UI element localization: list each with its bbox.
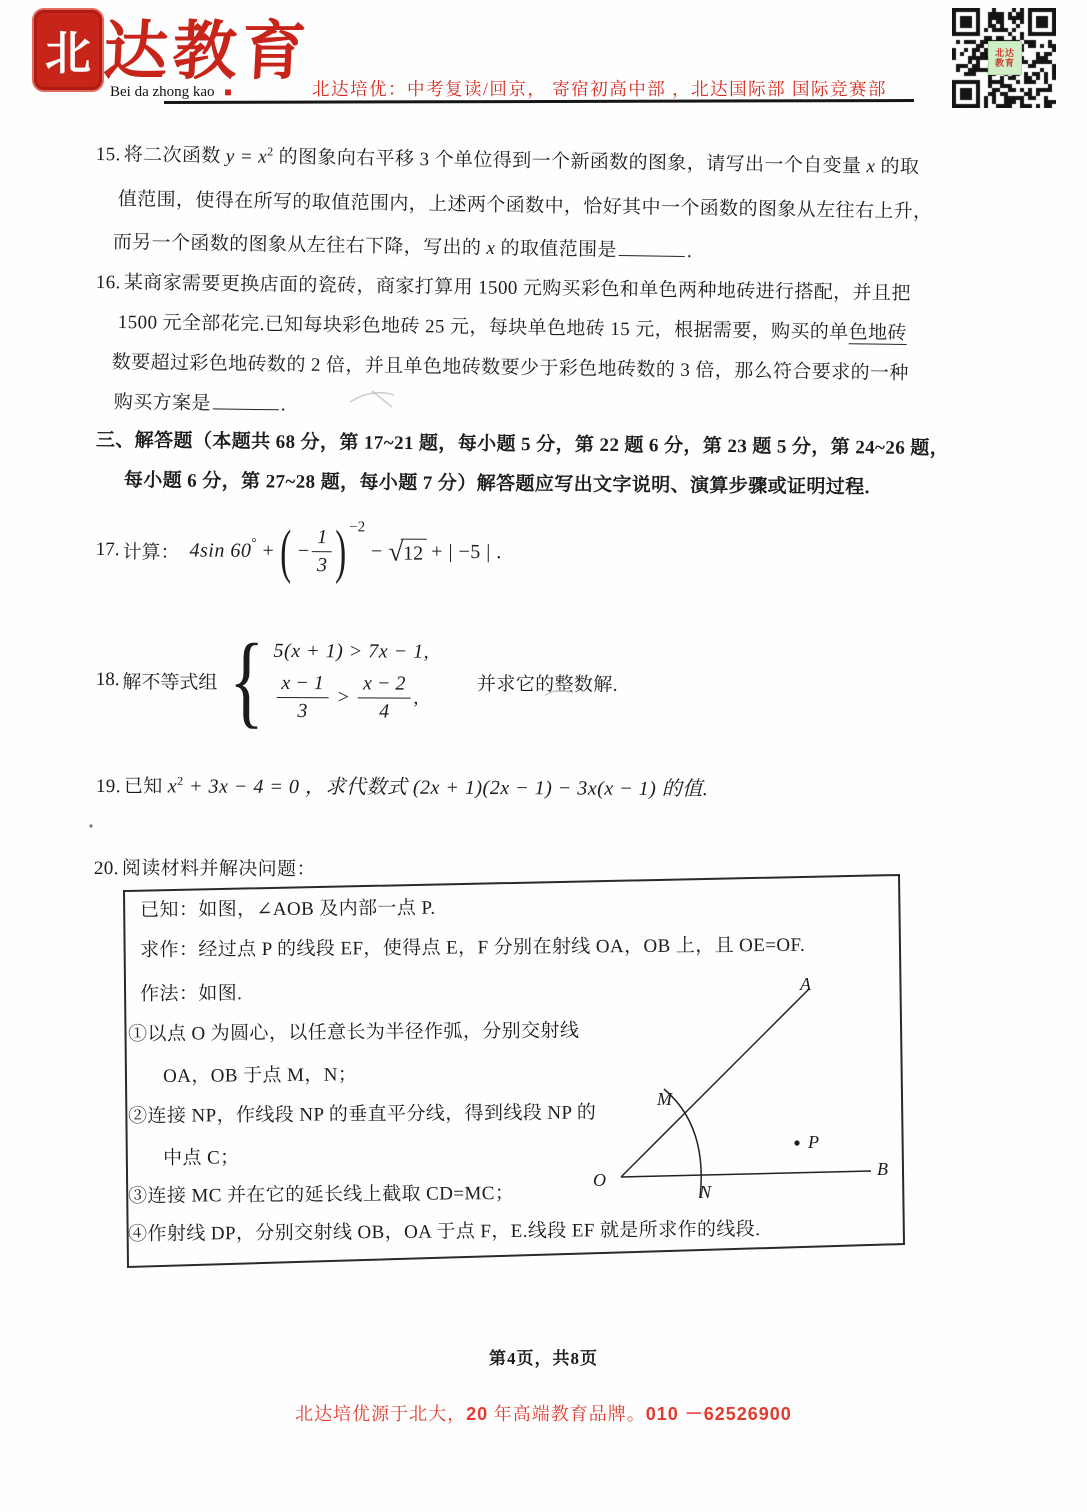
answer-blank	[619, 238, 685, 257]
text-segment: 的图象向右平移 3 个单位得到一个新函数的图象，请写出一个自变量	[273, 147, 866, 177]
problem-15-number: 15.	[96, 144, 121, 165]
problem-15-line3: 而另一个函数的图象从左往右下降，写出的 x 的取值范围是.	[113, 230, 693, 265]
footer-phone: 010 －62526900	[646, 1404, 792, 1424]
fraction: x − 2 4	[358, 673, 411, 722]
qr-code: 北达 教育	[952, 8, 1056, 108]
seal-character: 北	[45, 17, 91, 83]
text-segment: 计算：	[122, 537, 179, 564]
degree-symbol: °	[251, 535, 256, 551]
problem-18: 18. 解不等式组 { 5(x + 1) > 7x − 1, x − 1 3 >…	[95, 628, 618, 735]
scan-smudge	[372, 391, 392, 407]
inequality-row2: x − 1 3 > x − 2 4 ,	[273, 673, 429, 723]
logo-subtitle: Bei da zhong kao ■	[110, 84, 232, 101]
label-O: O	[593, 1170, 606, 1190]
math-term: 4sin 60	[189, 539, 251, 562]
radicand: 12	[401, 538, 427, 565]
problem-18-number: 18.	[96, 669, 120, 691]
text-segment: .	[687, 241, 692, 262]
problem-15-line2: 值范围，使得在所写的取值范围内，上述两个函数中，恰好其中一个函数的图象从左往右上…	[118, 187, 933, 226]
problem-20-number: 20.	[94, 858, 119, 879]
qr-center-line1: 北达	[995, 48, 1015, 58]
left-paren: (	[280, 527, 291, 575]
header-rule	[164, 99, 914, 104]
problem-17-number: 17.	[96, 539, 120, 561]
problem-17: 17. 计算： 4sin 60 ° + ( − 1 3 ) −2 − √ 12 …	[96, 508, 502, 594]
fraction-denominator: 4	[379, 698, 389, 722]
ray-OB	[621, 1171, 871, 1177]
box-given-line: 已知：如图，∠AOB 及内部一点 P.	[140, 896, 436, 924]
footer-slogan: 北达培优源于北大，20 年高端教育品牌。010 －62526900	[0, 1400, 1087, 1426]
label-P: P	[807, 1132, 819, 1152]
text-segment: 并求它的整数解.	[477, 668, 618, 696]
fraction: x − 1 3	[276, 673, 329, 722]
box-step4-line: ④作射线 DP，分别交射线 OB，OA 于点 F，E.线段 EF 就是所求作的线…	[128, 1217, 760, 1248]
text-segment: 的取	[875, 156, 919, 178]
problem-19-number: 19.	[96, 776, 121, 797]
logo-title: 达教育	[102, 0, 314, 92]
problem-20-title: 20.阅读材料并解决问题：	[94, 856, 316, 883]
problem-16-number: 16.	[96, 272, 121, 293]
box-construct-line: 求作：经过点 P 的线段 EF，使得点 E，F 分别在射线 OA，OB 上，且 …	[140, 933, 805, 964]
math-variable: x	[866, 156, 875, 177]
qr-center-label: 北达 教育	[988, 41, 1022, 75]
point-P-dot	[794, 1140, 799, 1145]
label-A: A	[799, 974, 812, 994]
answer-blank	[213, 391, 279, 410]
math-expression: y = x	[226, 146, 268, 168]
problem-16-line3: 数要超过彩色地砖数的 2 倍，并且单色地砖数要少于彩色地砖数的 3 倍，那么符合…	[112, 350, 909, 387]
math-operator: >	[338, 686, 349, 709]
problem-16-line2: 1500 元全部花完.已知每块彩色地砖 25 元，每块单色地砖 15 元，根据需…	[118, 310, 907, 347]
fraction-denominator: 3	[317, 552, 327, 576]
exam-scan-page: 北 达教育 Bei da zhong kao ■ 北达培优：中考复读/回京， 寄…	[0, 0, 1087, 1512]
fraction-numerator: x − 1	[276, 673, 329, 698]
box-step2-line2: 中点 C；	[163, 1145, 240, 1172]
text-segment: 将二次函数	[124, 144, 226, 167]
ray-OA	[621, 989, 809, 1177]
system-brace: {	[229, 634, 264, 728]
construction-arc	[664, 1089, 701, 1198]
text-segment: 已知	[124, 776, 168, 797]
label-B: B	[877, 1159, 888, 1179]
math-operator: −	[371, 540, 382, 563]
fraction: 1 3	[312, 527, 332, 576]
problem-16-line1: 16.某商家需要更换店面的瓷砖，商家打算用 1500 元购买彩色和单色两种地砖进…	[96, 270, 911, 307]
section-3-header-line1: 三、解答题（本题共 68 分，第 17~21 题，每小题 5 分，第 22 题 …	[96, 428, 949, 462]
text-segment: 购买方案是	[114, 392, 211, 414]
footer-bold-number: 20	[466, 1404, 488, 1424]
underlined-text: 色地砖	[848, 322, 907, 345]
text-segment: .	[281, 394, 286, 415]
fraction-numerator: x − 2	[358, 673, 411, 698]
inequality-system: 5(x + 1) > 7x − 1, x − 1 3 > x − 2 4 ,	[273, 640, 429, 723]
label-M: M	[656, 1089, 673, 1109]
label-N: N	[698, 1182, 712, 1202]
text-segment: 年高端教育品牌。	[488, 1404, 646, 1424]
fraction-denominator: 3	[297, 698, 307, 722]
brand-seal-logo: 北	[34, 10, 102, 90]
math-variable: x	[168, 775, 177, 797]
fraction-numerator: 1	[312, 527, 332, 552]
box-method-line: 作法：如图.	[140, 981, 242, 1008]
red-square-icon: ■	[224, 85, 231, 99]
square-root: √ 12	[388, 538, 427, 565]
inequality-row1: 5(x + 1) > 7x − 1,	[274, 640, 430, 664]
math-expression: + 3x − 4 = 0 ，求代数式 (2x + 1)(2x − 1) − 3x…	[183, 775, 708, 800]
text-segment: 而另一个函数的图象从左往右下降，写出的	[113, 232, 487, 259]
text-segment: 解不等式组	[122, 667, 217, 694]
text-segment: 北达培优源于北大，	[295, 1404, 466, 1424]
header-tagline: 北达培优：中考复读/回京， 寄宿初高中部 ，北达国际部 国际竞赛部	[312, 76, 887, 101]
text-segment: 的取值范围是	[495, 238, 617, 261]
text-segment: 1500 元全部花完.已知每块彩色地砖 25 元，每块单色地砖 15 元，根据需…	[118, 312, 849, 343]
box-step3-line: ③连接 MC 并在它的延长线上截取 CD=MC；	[128, 1181, 514, 1210]
math-term: + | −5 | .	[431, 540, 502, 563]
math-operator: −	[298, 540, 309, 563]
text-segment: 某商家需要更换店面的瓷砖，商家打算用 1500 元购买彩色和单色两种地砖进行搭配…	[124, 272, 911, 304]
box-step1-line1: ①以点 O 为圆心，以任意长为半径作弧，分别交射线	[128, 1018, 579, 1048]
scan-speck	[89, 824, 92, 827]
qr-center-line2: 教育	[995, 58, 1015, 68]
section-3-header-line2: 每小题 6 分，第 27~28 题，每小题 7 分）解答题应写出文字说明、演算步…	[124, 468, 870, 501]
math-variable: x	[486, 238, 495, 259]
box-step2-line1: ②连接 NP，作线段 NP 的垂直平分线，得到线段 NP 的	[128, 1100, 596, 1130]
logo-subtitle-text: Bei da zhong kao	[110, 84, 215, 100]
right-paren: )	[336, 527, 347, 575]
problem-19: 19.已知 x2 + 3x − 4 = 0 ，求代数式 (2x + 1)(2x …	[96, 773, 709, 803]
problem-16-line4: 购买方案是.	[114, 390, 287, 418]
problem-15-line1: 15.将二次函数 y = x2 的图象向右平移 3 个单位得到一个新函数的图象，…	[96, 142, 920, 181]
page-number: 第4页，共8页	[0, 1344, 1087, 1369]
math-exponent: −2	[349, 519, 365, 536]
math-term: ,	[413, 687, 419, 710]
math-operator: +	[263, 539, 274, 562]
figure-overlay: A O B M N P	[0, 0, 1087, 1512]
text-segment: 阅读材料并解决问题：	[122, 858, 316, 880]
scan-smudge	[350, 393, 394, 402]
box-step1-line2: OA，OB 于点 M，N；	[163, 1062, 357, 1090]
